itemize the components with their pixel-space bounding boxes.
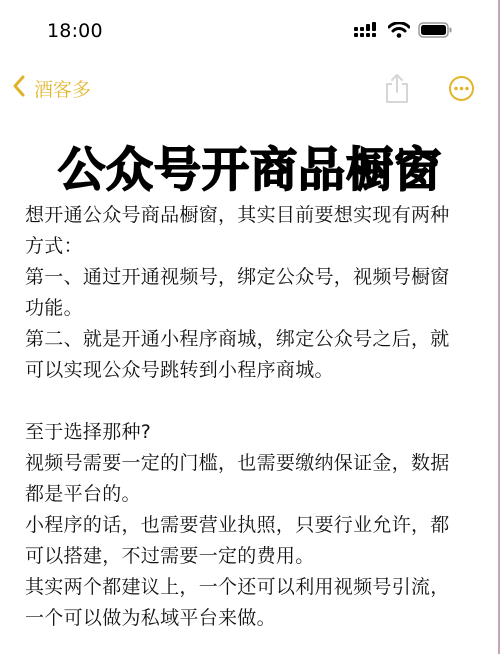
body-line: 方式：	[25, 231, 475, 262]
status-bar: 18:00	[0, 0, 500, 60]
battery-icon	[418, 22, 452, 42]
status-time: 18:00	[47, 20, 103, 42]
article-body: 想开通公众号商品橱窗，其实目前要想实现有两种 方式： 第一、通过开通视频号，绑定…	[25, 200, 475, 634]
article-title: 公众号开商品橱窗	[0, 139, 500, 203]
status-icons	[354, 23, 452, 41]
body-line: 其实两个都建议上，一个还可以利用视频号引流，	[25, 572, 475, 603]
cellular-signal-icon	[354, 22, 380, 42]
wifi-icon	[388, 22, 410, 42]
body-line: 可以搭建，不过需要一定的费用。	[25, 541, 475, 572]
body-line: 第二、就是开通小程序商城，绑定公众号之后，就	[25, 324, 475, 355]
back-button[interactable]: 酒客多	[12, 74, 91, 102]
body-line: 可以实现公众号跳转到小程序商城。	[25, 355, 475, 386]
body-line: 小程序的话，也需要营业执照，只要行业允许，都	[25, 510, 475, 541]
back-label: 酒客多	[34, 75, 91, 102]
body-line: 第一、通过开通视频号，绑定公众号，视频号橱窗	[25, 262, 475, 293]
body-line: 至于选择那种?	[25, 417, 475, 448]
body-line: 都是平台的。	[25, 479, 475, 510]
body-line: 想开通公众号商品橱窗，其实目前要想实现有两种	[25, 200, 475, 231]
paragraph-gap	[25, 386, 475, 417]
share-icon[interactable]	[384, 72, 410, 108]
body-line: 功能。	[25, 293, 475, 324]
body-line: 视频号需要一定的门槛，也需要缴纳保证金，数据	[25, 448, 475, 479]
chevron-left-icon	[12, 74, 26, 102]
nav-bar: 酒客多	[0, 70, 500, 108]
body-line: 一个可以做为私域平台来做。	[25, 603, 475, 634]
more-icon[interactable]	[448, 75, 475, 106]
